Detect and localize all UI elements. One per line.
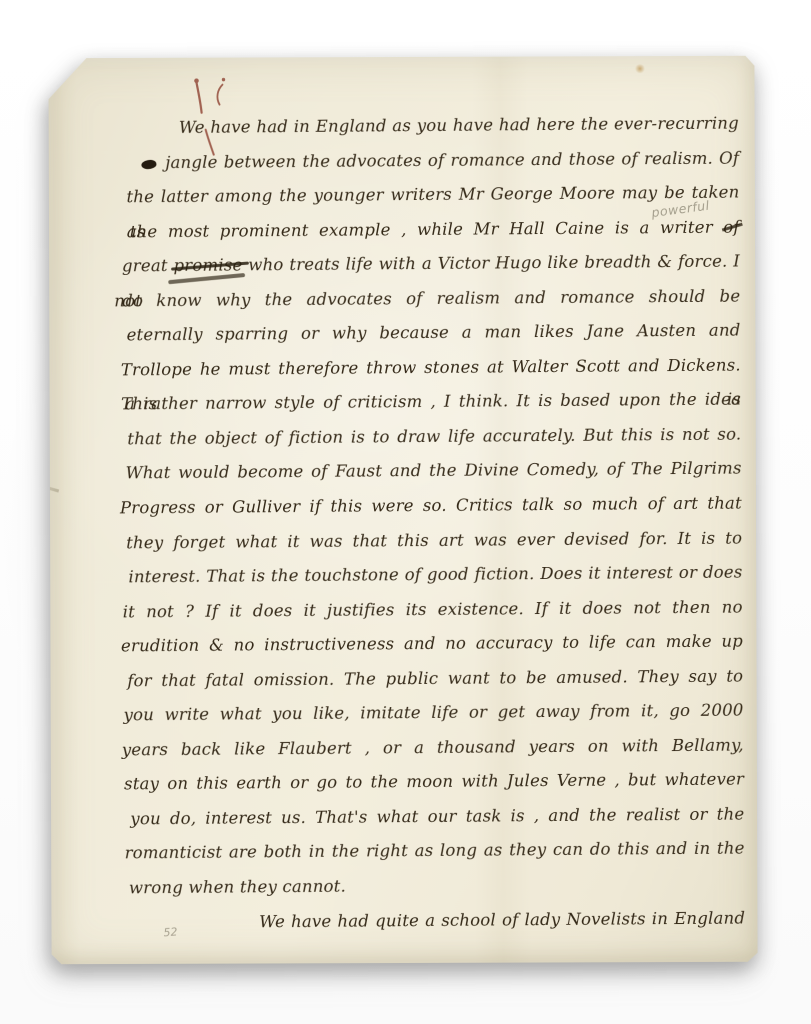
manuscript-line: great promise who treats life with a Vic… <box>114 245 740 284</box>
line-text: they forget what it was that this art wa… <box>126 528 742 552</box>
line-text: years back like Flaubert , or a thousand… <box>122 735 744 759</box>
manuscript-lines: We have had in England as you have had h… <box>113 106 745 940</box>
manuscript-line: wrong when they cannot. <box>119 866 745 905</box>
line-text: that the object of fiction is to draw li… <box>127 424 741 448</box>
manuscript-line: jangle between the advocates of romance … <box>113 141 739 180</box>
manuscript-line: We have had in England as you have had h… <box>113 106 739 145</box>
manuscript-line: We have had quite a school of lady Novel… <box>119 901 745 940</box>
line-text: Progress or Gulliver if this were so. Cr… <box>120 493 742 517</box>
line-text: stay on this earth or go to the moon wit… <box>124 770 744 794</box>
manuscript-line: not know why the advocates of realism an… <box>114 279 740 318</box>
line-text: wrong when they cannot. <box>129 877 346 898</box>
struck-word: promise <box>173 249 242 284</box>
manuscript-line: for that fatal omission. The public want… <box>117 659 743 698</box>
paper-shadow: We have had in England as you have had h… <box>48 56 757 964</box>
manuscript-line: stay on this earth or go to the moon wit… <box>118 763 744 802</box>
line-text: not know why the advocates of realism an… <box>114 286 740 310</box>
line-text: you write what you like, imitate life or… <box>123 701 743 725</box>
manuscript-line: the latter among the younger writers Mr … <box>113 176 739 215</box>
manuscript-line: that the object of fiction is to draw li… <box>115 417 741 456</box>
manuscript-line: a rather narrow style of criticism , I t… <box>115 383 741 422</box>
line-text: for that fatal omission. The public want… <box>127 666 743 690</box>
line-text: What would become of Faust and the Divin… <box>126 459 742 483</box>
manuscript-page: We have had in England as you have had h… <box>48 56 757 964</box>
line-text: it not ? If it does it justifies its exi… <box>123 597 743 621</box>
line-text: interest. That is the touchstone of good… <box>128 563 742 587</box>
line-text: the most prominent example , while Mr Ha… <box>130 218 660 241</box>
manuscript-line: What would become of Faust and the Divin… <box>116 452 742 491</box>
line-text: great <box>122 256 174 275</box>
manuscript-line: Progress or Gulliver if this were so. Cr… <box>116 486 742 525</box>
line-text: We have had in England as you have had h… <box>179 113 739 136</box>
line-text: romanticist are both in the right as lon… <box>125 839 745 863</box>
manuscript-line: romanticist are both in the right as lon… <box>118 832 744 871</box>
manuscript-line: erudition & no instructiveness and no ac… <box>117 625 743 664</box>
line-text: a rather narrow style of criticism , I t… <box>125 390 741 414</box>
manuscript-line: years back like Flaubert , or a thousand… <box>118 728 744 767</box>
pencil-page-number: 52 <box>163 925 178 939</box>
line-text: We have had quite a school of lady Novel… <box>259 908 745 931</box>
ink-blob-icon <box>141 158 157 170</box>
manuscript-line: the most prominent example , while Mr Ha… <box>114 210 740 249</box>
struck-word: of <box>723 210 740 245</box>
manuscript-line: eternally sparring or why because a man … <box>114 314 740 353</box>
manuscript-line: you do, interest us. That's what our tas… <box>118 797 744 836</box>
manuscript-line: it not ? If it does it justifies its exi… <box>117 590 743 629</box>
line-text: erudition & no instructiveness and no ac… <box>121 632 743 656</box>
manuscript-line: interest. That is the touchstone of good… <box>116 556 742 595</box>
paper-edge-nick <box>49 487 59 493</box>
manuscript-line: you write what you like, imitate life or… <box>117 694 743 733</box>
manuscript-line: they forget what it was that this art wa… <box>116 521 742 560</box>
line-text: jangle between the advocates of romance … <box>165 148 739 172</box>
page-background: We have had in England as you have had h… <box>0 0 811 1024</box>
line-text: you do, interest us. That's what our tas… <box>130 804 744 828</box>
line-text: writer <box>660 217 723 236</box>
line-text: eternally sparring or why because a man … <box>126 321 740 345</box>
foxing-stain <box>634 64 645 73</box>
manuscript-line: Trollope he must therefore throw stones … <box>115 348 741 387</box>
